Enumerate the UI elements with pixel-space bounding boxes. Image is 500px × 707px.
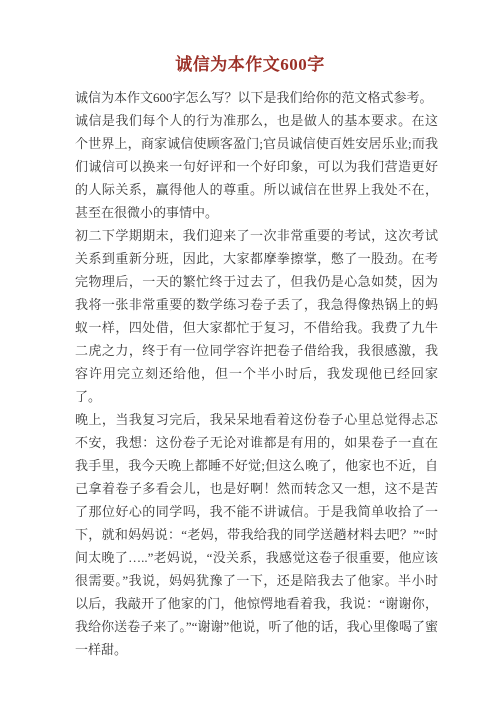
page-title: 诚信为本作文600字 <box>0 0 500 75</box>
document-page: 诚信为本作文600字 诚信为本作文600字怎么写？以下是我们给你的范文格式参考。… <box>0 0 500 707</box>
essay-paragraph-3: 晚上，当我复习完后，我呆呆地看着这份卷子心里总觉得忐忑不安，我想：这份卷子无论对… <box>75 408 438 661</box>
essay-paragraph-intro: 诚信为本作文600字怎么写？以下是我们给你的范文格式参考。 <box>75 86 438 109</box>
essay-paragraph-1: 诚信是我们每个人的行为准那么，也是做人的基本要求。在这个世界上，商家诚信使顾客盈… <box>75 109 438 224</box>
essay-paragraph-2: 初二下学期期末，我们迎来了一次非常重要的考试，这次考试关系到重新分班，因此，大家… <box>75 224 438 408</box>
document-body: 诚信为本作文600字怎么写？以下是我们给你的范文格式参考。 诚信是我们每个人的行… <box>0 75 500 661</box>
